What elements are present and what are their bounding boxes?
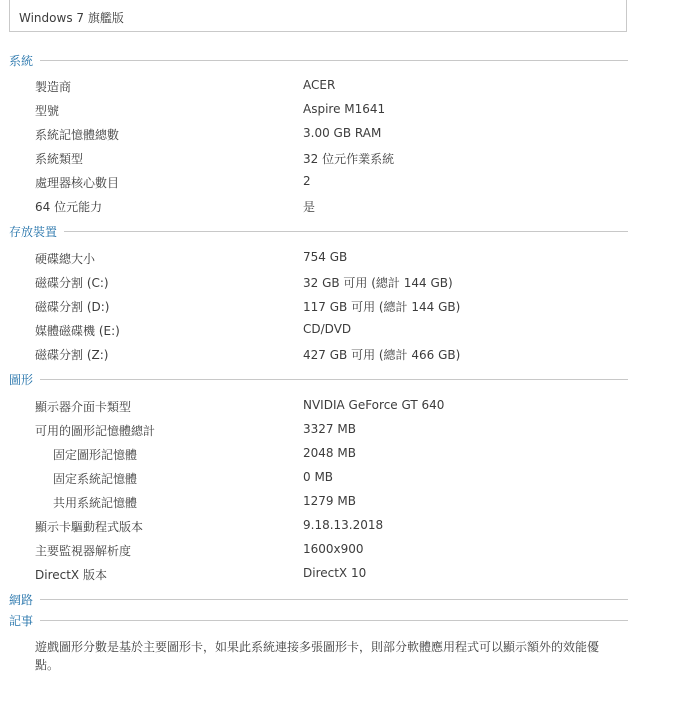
info-row-manufacturer: 製造商 ACER	[0, 74, 684, 98]
row-label: 共用系統記憶體	[53, 494, 137, 511]
info-row-model: 型號 Aspire M1641	[0, 98, 684, 122]
row-value: 32 位元作業系統	[303, 150, 394, 167]
section-header-notes: 記事	[9, 612, 628, 628]
row-value: DirectX 10	[303, 566, 366, 580]
divider	[40, 620, 628, 621]
row-value: 754 GB	[303, 250, 347, 264]
section-header-system: 系統	[9, 52, 628, 68]
row-value: 是	[303, 198, 315, 215]
info-row-partition-c: 磁碟分割 (C:) 32 GB 可用 (總計 144 GB)	[0, 270, 684, 294]
row-label: 顯示卡驅動程式版本	[35, 518, 143, 535]
row-value: ACER	[303, 78, 335, 92]
divider	[40, 599, 628, 600]
row-label: 主要監視器解析度	[35, 542, 131, 559]
divider	[64, 231, 628, 232]
os-edition: Windows 7 旗艦版	[19, 9, 124, 26]
row-value: 0 MB	[303, 470, 333, 484]
row-value: 1600x900	[303, 542, 364, 556]
row-label: 顯示器介面卡類型	[35, 398, 131, 415]
row-label: 磁碟分割 (Z:)	[35, 346, 108, 363]
info-row-total-disk: 硬碟總大小 754 GB	[0, 246, 684, 270]
row-label: 系統記憶體總數	[35, 126, 119, 143]
info-row-shared-system-memory: 共用系統記憶體 1279 MB	[0, 490, 684, 514]
row-value: 2048 MB	[303, 446, 356, 460]
info-row-system-type: 系統類型 32 位元作業系統	[0, 146, 684, 170]
info-row-directx-version: DirectX 版本 DirectX 10	[0, 562, 684, 586]
section-title: 記事	[9, 612, 40, 629]
row-value: 427 GB 可用 (總計 466 GB)	[303, 346, 460, 363]
row-label: 磁碟分割 (C:)	[35, 274, 109, 291]
info-row-media-drive-e: 媒體磁碟機 (E:) CD/DVD	[0, 318, 684, 342]
row-label: 固定系統記憶體	[53, 470, 137, 487]
info-row-dedicated-system-memory: 固定系統記憶體 0 MB	[0, 466, 684, 490]
section-title: 系統	[9, 52, 40, 69]
row-label: 型號	[35, 102, 59, 119]
row-value: 9.18.13.2018	[303, 518, 383, 532]
info-row-driver-version: 顯示卡驅動程式版本 9.18.13.2018	[0, 514, 684, 538]
row-label: 磁碟分割 (D:)	[35, 298, 109, 315]
row-label: 處理器核心數目	[35, 174, 119, 191]
row-label: 硬碟總大小	[35, 250, 95, 267]
info-row-monitor-resolution: 主要監視器解析度 1600x900	[0, 538, 684, 562]
row-value: Aspire M1641	[303, 102, 385, 116]
notes-text: 遊戲圖形分數是基於主要圖形卡，如果此系統連接多張圖形卡，則部分軟體應用程式可以顯…	[35, 638, 605, 674]
divider	[40, 379, 628, 380]
row-label: 固定圖形記憶體	[53, 446, 137, 463]
row-label: DirectX 版本	[35, 566, 107, 583]
info-row-total-graphics-memory: 可用的圖形記憶體總計 3327 MB	[0, 418, 684, 442]
info-row-cpu-cores: 處理器核心數目 2	[0, 170, 684, 194]
row-value: 2	[303, 174, 311, 188]
row-label: 媒體磁碟機 (E:)	[35, 322, 120, 339]
row-label: 64 位元能力	[35, 198, 102, 215]
os-edition-box: Windows 7 旗艦版	[9, 0, 627, 32]
info-row-partition-z: 磁碟分割 (Z:) 427 GB 可用 (總計 466 GB)	[0, 342, 684, 366]
section-header-graphics: 圖形	[9, 371, 628, 387]
row-label: 系統類型	[35, 150, 83, 167]
section-header-network: 網路	[9, 591, 628, 607]
row-value: 3327 MB	[303, 422, 356, 436]
row-value: NVIDIA GeForce GT 640	[303, 398, 444, 412]
section-title: 存放裝置	[9, 223, 64, 240]
row-value: 117 GB 可用 (總計 144 GB)	[303, 298, 460, 315]
row-label: 製造商	[35, 78, 71, 95]
row-value: 32 GB 可用 (總計 144 GB)	[303, 274, 453, 291]
section-header-storage: 存放裝置	[9, 223, 628, 239]
info-row-display-adapter: 顯示器介面卡類型 NVIDIA GeForce GT 640	[0, 394, 684, 418]
info-row-total-memory: 系統記憶體總數 3.00 GB RAM	[0, 122, 684, 146]
row-label: 可用的圖形記憶體總計	[35, 422, 155, 439]
divider	[40, 60, 628, 61]
row-value: CD/DVD	[303, 322, 351, 336]
row-value: 1279 MB	[303, 494, 356, 508]
info-row-partition-d: 磁碟分割 (D:) 117 GB 可用 (總計 144 GB)	[0, 294, 684, 318]
section-title: 網路	[9, 591, 40, 608]
row-value: 3.00 GB RAM	[303, 126, 381, 140]
info-row-dedicated-graphics-memory: 固定圖形記憶體 2048 MB	[0, 442, 684, 466]
info-row-64bit-capable: 64 位元能力 是	[0, 194, 684, 218]
section-title: 圖形	[9, 371, 40, 388]
